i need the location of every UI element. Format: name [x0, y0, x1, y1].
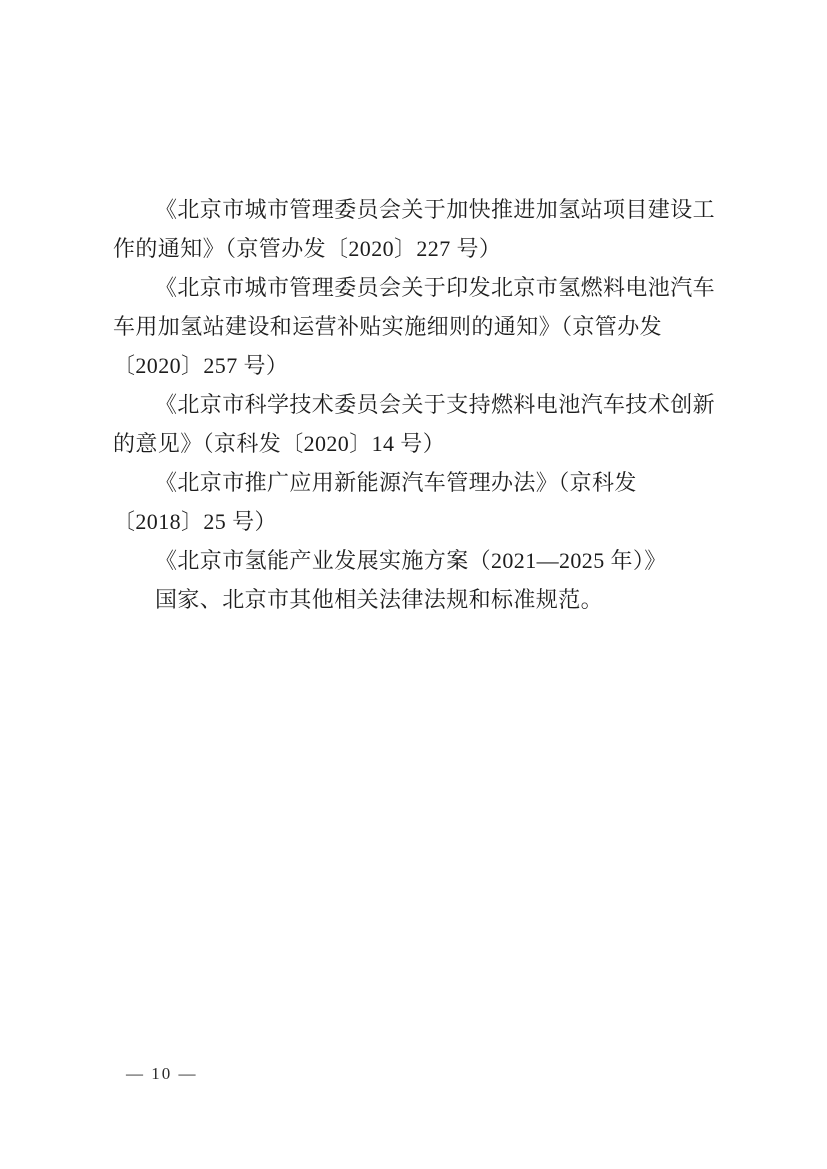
document-line: 《北京市推广应用新能源汽车管理办法》（京科发: [113, 463, 719, 502]
document-line: 车用加氢站建设和运营补贴实施细则的通知》（京管办发: [113, 307, 719, 346]
document-line: 国家、北京市其他相关法律法规和标准规范。: [113, 580, 719, 619]
document-line: 作的通知》（京管办发〔2020〕227 号）: [113, 229, 719, 268]
document-line: 《北京市城市管理委员会关于印发北京市氢燃料电池汽车: [113, 268, 719, 307]
document-line: 〔2020〕257 号）: [113, 346, 719, 385]
page-number: — 10 —: [126, 1062, 198, 1086]
document-line: 《北京市城市管理委员会关于加快推进加氢站项目建设工: [113, 190, 719, 229]
document-page: 《北京市城市管理委员会关于加快推进加氢站项目建设工 作的通知》（京管办发〔202…: [0, 0, 827, 1169]
document-line: 《北京市科学技术委员会关于支持燃料电池汽车技术创新: [113, 385, 719, 424]
document-text-block: 《北京市城市管理委员会关于加快推进加氢站项目建设工 作的通知》（京管办发〔202…: [113, 190, 719, 619]
document-line: 的意见》（京科发〔2020〕14 号）: [113, 424, 719, 463]
document-line: 〔2018〕25 号）: [113, 502, 719, 541]
document-line: 《北京市氢能产业发展实施方案（2021—2025 年）》: [113, 541, 719, 580]
